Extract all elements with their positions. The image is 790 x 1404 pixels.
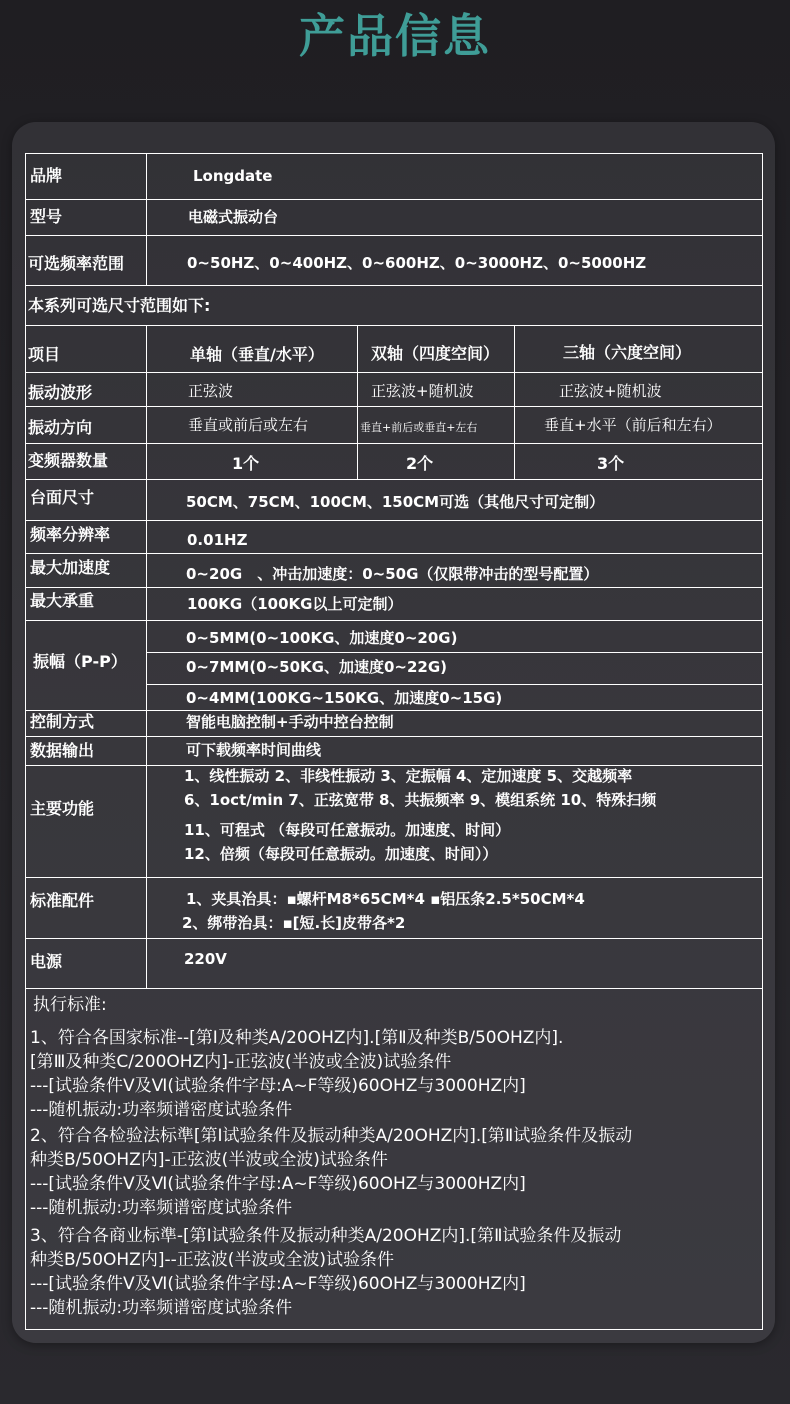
standards-line: ---[试验条件Ⅴ及Ⅵ(试验条件字母:A~F等级)60OHZ与3000HZ内] [30,1074,526,1098]
standards-line: ---随机振动:功率频谱密度试验条件 [30,1196,292,1220]
freq-resolution-label: 频率分辨率 [30,525,110,545]
direction-dual: 垂直+前后或垂直+左右 [360,418,477,438]
grid-line [25,235,763,236]
grid-line [25,877,763,878]
model-value: 电磁式振动台 [188,207,278,227]
table-size-label: 台面尺寸 [30,488,94,508]
control-value: 智能电脑控制+手动中控台控制 [186,712,394,732]
grid-line [357,325,358,479]
max-accel-label: 最大加速度 [30,558,110,578]
grid-line [25,553,763,554]
grid-line [146,684,763,685]
max-accel-value: 0~20G 、冲击加速度：0~50G（仅限带冲击的型号配置） [186,564,598,584]
standards-line: 2、符合各检验法标準[第Ⅰ试验条件及振动种类A/20OHZ内].[第Ⅱ试验条件及… [30,1124,632,1148]
inverter-triple: 3个 [597,454,624,474]
grid-line [25,443,763,444]
standards-line: [第Ⅲ及种类C/200OHZ内]-正弦波(半波或全波)试验条件 [30,1050,451,1074]
grid-line [25,587,763,588]
grid-line [146,325,147,988]
grid-line [25,938,763,939]
direction-label: 振动方向 [28,418,92,438]
freq-range-value: 0~50HZ、0~400HZ、0~600HZ、0~3000HZ、0~5000HZ [187,253,646,273]
grid-line [25,372,763,373]
accessories-label: 标准配件 [30,891,94,911]
standards-line: ---随机振动:功率频谱密度试验条件 [30,1098,292,1122]
standards-line: ---[试验条件Ⅴ及Ⅵ(试验条件字母:A~F等级)60OHZ与3000HZ内] [30,1172,526,1196]
grid-line [25,620,763,621]
table-size-value: 50CM、75CM、100CM、150CM可选（其他尺寸可定制） [186,492,604,512]
freq-resolution-value: 0.01HZ [187,530,247,550]
series-note: 本系列可选尺寸范围如下: [28,296,210,316]
brand-value: Longdate [193,166,272,186]
functions-line-1: 1、线性振动 2、非线性振动 3、定振幅 4、定加速度 5、交越频率 [184,766,632,786]
brand-label: 品牌 [30,166,62,186]
grid-line [146,153,147,285]
axis-header-dual: 双轴（四度空间） [371,344,499,364]
power-value: 220V [184,949,227,969]
amplitude-value-2: 0~7MM(0~50KG、加速度0~22G) [186,657,447,677]
inverter-label: 变频器数量 [28,451,108,471]
axis-header-label: 项目 [28,345,60,365]
grid-line [25,988,763,989]
accessories-line-1: 1、夹具治具：▪螺杆M8*65CM*4 ▪铝压条2.5*50CM*4 [186,889,585,909]
grid-line [514,325,515,479]
grid-line [25,285,763,286]
accessories-line-2: 2、绑带治具：▪[短.长]皮带各*2 [182,913,405,933]
functions-line-4: 12、倍频（每段可任意振动。加速度、时间）） [184,844,497,864]
functions-label: 主要功能 [30,799,94,819]
data-output-value: 可下载频率时间曲线 [186,740,321,760]
direction-single: 垂直或前后或左右 [188,415,308,435]
standards-line: 种类B/50OHZ内]-正弦波(半波或全波)试验条件 [30,1148,388,1172]
standards-line: 1、符合各国家标准--[第Ⅰ及种类A/20OHZ内].[第Ⅱ及种类B/50OHZ… [30,1026,563,1050]
inverter-dual: 2个 [406,454,433,474]
page-title: 产品信息 [0,8,790,64]
amplitude-value-1: 0~5MM(0~100KG、加速度0~20G) [186,628,457,648]
grid-line [146,652,763,653]
model-label: 型号 [30,207,62,227]
waveform-triple: 正弦波+随机波 [559,381,662,401]
functions-line-2: 6、1oct/min 7、正弦宽带 8、共振频率 9、模组系统 10、特殊扫频 [184,790,656,810]
grid-line [25,406,763,407]
power-label: 电源 [30,952,62,972]
freq-range-label: 可选频率范围 [28,254,124,274]
grid-line [25,710,763,711]
waveform-single: 正弦波 [188,381,233,401]
standards-line: 3、符合各商业标準-[第Ⅰ试验条件及振动种类A/20OHZ内].[第Ⅱ试验条件及… [30,1224,621,1248]
standards-line: 种类B/50OHZ内]--正弦波(半波或全波)试验条件 [30,1248,394,1272]
standards-line: ---[试验条件Ⅴ及Ⅵ(试验条件字母:A~F等级)60OHZ与3000HZ内] [30,1272,526,1296]
waveform-dual: 正弦波+随机波 [371,381,474,401]
grid-line [25,479,763,480]
inverter-single: 1个 [232,454,259,474]
functions-line-3: 11、可程式 （每段可任意振动。加速度、时间） [184,820,510,840]
direction-triple: 垂直+水平（前后和左右） [544,415,722,435]
grid-line [25,736,763,737]
grid-line [25,199,763,200]
max-load-label: 最大承重 [30,591,94,611]
amplitude-value-3: 0~4MM(100KG~150KG、加速度0~15G) [186,688,502,708]
grid-line [25,325,763,326]
axis-header-triple: 三轴（六度空间） [563,343,691,363]
waveform-label: 振动波形 [28,383,92,403]
grid-line [25,520,763,521]
amplitude-label: 振幅（P-P） [33,652,127,672]
standards-line: ---随机振动:功率频谱密度试验条件 [30,1296,292,1320]
data-output-label: 数据输出 [30,741,94,761]
max-load-value: 100KG（100KG以上可定制） [187,594,403,614]
standards-heading: 执行标准: [33,993,107,1017]
axis-header-single: 单轴（垂直/水平） [190,345,324,365]
control-label: 控制方式 [30,712,94,732]
